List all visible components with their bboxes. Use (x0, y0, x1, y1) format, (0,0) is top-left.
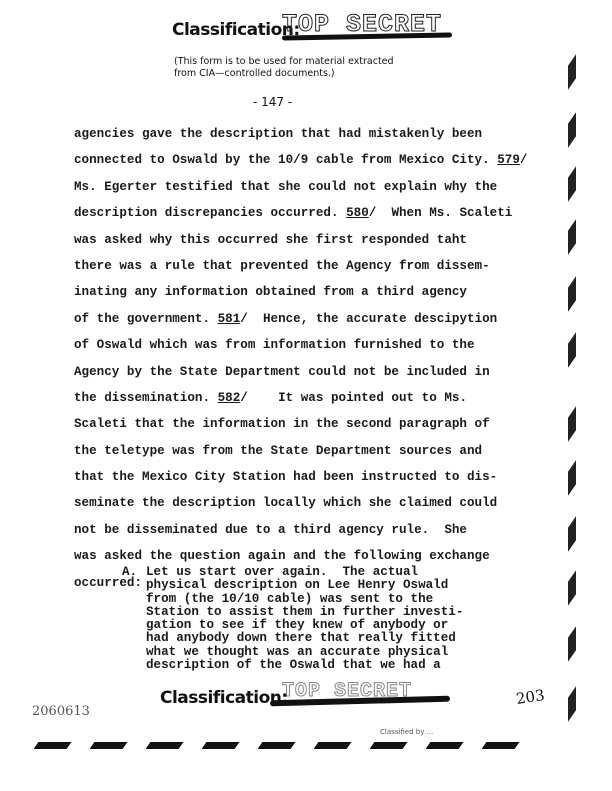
edge-mark (568, 112, 576, 147)
line-text: Agency by the State Department could not… (74, 365, 490, 379)
quote-block: Let us start over again. The actualphysi… (146, 566, 463, 672)
line-text: / (520, 153, 528, 167)
line-text: agencies gave the description that had m… (74, 127, 482, 141)
line-text: the teletype was from the State Departme… (74, 444, 482, 458)
form-note: (This form is to be used for material ex… (174, 56, 394, 80)
footnote-ref: 579 (497, 153, 520, 167)
line-text: that the Mexico City Station had been in… (74, 470, 497, 484)
line-text: / When Ms. Scaleti (369, 206, 513, 220)
bottom-mark (482, 742, 520, 749)
body-line: Scaleti that the information in the seco… (74, 416, 527, 432)
line-text: / Hence, the accurate descipytion (240, 312, 497, 326)
page-number: - 147 - (253, 95, 292, 109)
line-text: inating any information obtained from a … (74, 285, 467, 299)
quote-line: what we thought was an accurate physical (146, 646, 463, 659)
line-text: description discrepancies occurred. (74, 206, 346, 220)
bottom-mark (146, 742, 184, 749)
line-text: was asked the question again and the fol… (74, 549, 490, 563)
quote-line: from (the 10/10 cable) was sent to the (146, 593, 463, 606)
line-text: of Oswald which was from information fur… (74, 338, 475, 352)
body-line: seminate the description locally which s… (74, 495, 527, 511)
quote-marker: A. (122, 566, 137, 579)
edge-mark (568, 406, 576, 441)
body-line: connected to Oswald by the 10/9 cable fr… (74, 152, 527, 168)
line-text: there was a rule that prevented the Agen… (74, 259, 490, 273)
bottom-mark (34, 742, 72, 749)
line-text: Ms. Egerter testified that she could not… (74, 180, 497, 194)
edge-mark (568, 166, 576, 201)
body-line: agencies gave the description that had m… (74, 126, 527, 142)
body-line: Agency by the State Department could not… (74, 364, 527, 380)
body-line: was asked why this occurred she first re… (74, 232, 527, 248)
body-line: was asked the question again and the fol… (74, 548, 527, 564)
body-line: of the government. 581/ Hence, the accur… (74, 311, 527, 327)
line-text: / It was pointed out to Ms. (240, 391, 467, 405)
body-line: there was a rule that prevented the Agen… (74, 258, 527, 274)
edge-mark (568, 332, 576, 367)
bottom-mark (370, 742, 408, 749)
bottom-mark (314, 742, 352, 749)
footnote-ref: 580 (346, 206, 369, 220)
line-text: Scaleti that the information in the seco… (74, 417, 490, 431)
body-line: the dissemination. 582/ It was pointed o… (74, 390, 527, 406)
quote-line: gation to see if they knew of anybody or (146, 619, 463, 632)
bottom-mark (258, 742, 296, 749)
quote-line: description of the Oswald that we had a (146, 659, 463, 672)
footer-classification-label: Classification: (160, 688, 288, 708)
bottom-mark (426, 742, 464, 749)
line-text: was asked why this occurred she first re… (74, 233, 467, 247)
footnote-ref: 581 (218, 312, 241, 326)
body-line: of Oswald which was from information fur… (74, 337, 527, 353)
header-classification-label: Classification: (172, 20, 300, 40)
quote-line: Station to assist them in further invest… (146, 606, 463, 619)
body-line: description discrepancies occurred. 580/… (74, 205, 527, 221)
quote-line: Let us start over again. The actual (146, 566, 463, 579)
edge-mark (568, 686, 576, 721)
form-note-line-1: (This form is to be used for material ex… (174, 56, 394, 68)
handwritten-page-number: 203 (515, 686, 546, 708)
quote-line: had anybody down there that really fitte… (146, 632, 463, 645)
footnote-ref: 582 (218, 391, 241, 405)
document-id: 2060613 (32, 704, 90, 719)
edge-mark (568, 570, 576, 605)
bottom-mark (90, 742, 128, 749)
body-line: Ms. Egerter testified that she could not… (74, 179, 527, 195)
edge-mark (568, 626, 576, 661)
edge-mark (568, 516, 576, 551)
quote-line: physical description on Lee Henry Oswald (146, 579, 463, 592)
line-text: connected to Oswald by the 10/9 cable fr… (74, 153, 497, 167)
body-line: not be disseminated due to a third agenc… (74, 522, 527, 538)
form-note-line-2: from CIA—controlled documents.) (174, 68, 394, 80)
edge-mark (568, 54, 576, 89)
body-text: agencies gave the description that had m… (74, 126, 527, 601)
body-line: inating any information obtained from a … (74, 284, 527, 300)
classified-by-note: Classified by ... (380, 728, 433, 736)
edge-mark (568, 219, 576, 254)
edge-mark (568, 460, 576, 495)
line-text: the dissemination. (74, 391, 218, 405)
body-line: the teletype was from the State Departme… (74, 443, 527, 459)
line-text: not be disseminated due to a third agenc… (74, 523, 467, 537)
body-line: that the Mexico City Station had been in… (74, 469, 527, 485)
line-text: seminate the description locally which s… (74, 496, 497, 510)
line-text: of the government. (74, 312, 218, 326)
bottom-mark (202, 742, 240, 749)
edge-mark (568, 276, 576, 311)
